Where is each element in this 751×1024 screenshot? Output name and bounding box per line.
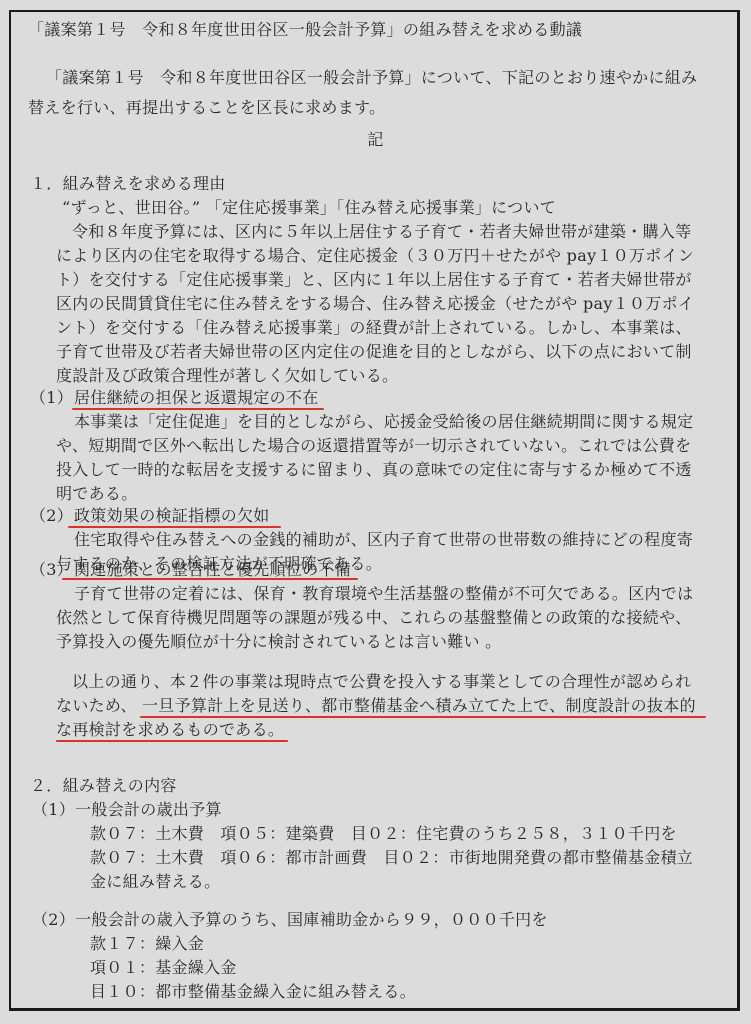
point1-body-line: 本事業は「定住促進」を目的としながら、応援金受給後の居住継続期間に関する規定 (74, 412, 693, 432)
intro-line-1: 「議案第１号 令和８年度世田谷区一般会計予算」について、下記のとおり速やかに組み (46, 68, 697, 88)
section2-item1-title: （1）一般会計の歳出予算 (32, 800, 222, 820)
point2-title: 政策効果の検証指標の欠如 (74, 506, 270, 526)
point3-body-line: 依然として保育待機児問題等の課題が残る中、これらの基盤整備との政策的な接続や、 (56, 608, 691, 628)
conclusion-underline-1 (140, 716, 706, 718)
point1-title: 居住継続の担保と返還規定の不在 (74, 388, 319, 408)
section1-body-line: 度設計及び政策合理性が著しく欠如している。 (56, 366, 398, 386)
section2-item2-line: 款１７：繰入金 (90, 934, 204, 954)
point3-body-line: 子育て世帯の定着には、保育・教育環境や生活基盤の整備が不可欠である。区内では (74, 584, 693, 604)
section1-body-line: ント）を交付する「住み替え応援事業」の経費が計上されている。しかし、本事業は、 (56, 318, 692, 338)
conclusion-underline-2 (56, 740, 288, 742)
section1-body-line: により区内の住宅を取得する場合、定住応援金（３０万円＋せたがや pay１０万ポイ… (56, 246, 694, 266)
section2-heading: ２．組み替えの内容 (30, 776, 177, 796)
section2-item2-line: 目１０：都市整備基金繰入金に組み替える。 (90, 982, 416, 1002)
conclusion-line-2a: ないため、 (56, 696, 137, 716)
point1-body-line: や、短期間で区外へ転出した場合の返還措置等が一切示されていない。これでは公費を (56, 436, 691, 456)
section1-body-line: 令和８年度予算には、区内に５年以上居住する子育て・若者夫婦世帯が建築・購入等 (72, 222, 691, 242)
section2-item2-title: （2）一般会計の歳入予算のうち、国庫補助金から９９，０００千円を (32, 910, 548, 930)
point2-number: （2） (30, 506, 73, 526)
section2-item1-line: 款０７：土木費 項０６：都市計画費 目０２：市街地開発費の都市整備基金積立 (90, 848, 693, 868)
section1-body-line: 区内の民間賃貸住宅に住み替えをする場合、住み替え応援金（せたがや pay１０万ポ… (56, 294, 694, 314)
conclusion-line-1: 以上の通り、本２件の事業は現時点で公費を投入する事業としての合理性が認められ (72, 672, 691, 692)
section1-subject: “ずっと、世田谷。” 「定住応援事業」「住み替え応援事業」について (62, 198, 556, 218)
point1-body-line: 明である。 (56, 484, 138, 504)
point3-number: （3） (30, 560, 73, 580)
point2-body-line: 住宅取得や住み替えへの金銭的補助が、区内子育て世帯の世帯数の維持にどの程度寄 (74, 530, 693, 550)
ki-heading: 記 (0, 130, 751, 150)
point3-underline (62, 578, 358, 580)
section2-item1-line: 款０７：土木費 項０５：建築費 目０２：住宅費のうち２５８，３１０千円を (90, 824, 677, 844)
section1-heading: １．組み替えを求める理由 (30, 174, 226, 194)
point1-body-line: 投入して一時的な転居を支援するに留まり、真の意味での定住に寄与するか極めて不透 (56, 460, 692, 480)
conclusion-line-2b: 一旦予算計上を見送り、都市整備基金へ積み立てた上で、制度設計の抜本的 (142, 696, 696, 716)
conclusion-line-3: な再検討を求めるものである。 (56, 720, 284, 740)
point1-underline (72, 408, 324, 410)
section2-item2-line: 項０１：基金繰入金 (90, 958, 237, 978)
section1-body-line: 子育て世帯及び若者夫婦世帯の区内定住の促進を目的としながら、以下の点において制 (56, 342, 692, 362)
point1-number: （1） (30, 388, 73, 408)
section1-body-line: ト）を交付する「定住応援事業」と、区内に１年以上居住する子育て・若者夫婦世帯が (56, 270, 692, 290)
intro-line-2: 替えを行い、再提出することを区長に求めます。 (28, 98, 385, 118)
point3-body-line: 予算投入の優先順位が十分に検討されているとは言い難い 。 (56, 632, 502, 652)
point3-title: 関連施策との整合性と優先順位の不備 (74, 560, 351, 580)
section2-item1-line: 金に組み替える。 (90, 872, 220, 892)
document-title: 「議案第１号 令和８年度世田谷区一般会計予算」の組み替えを求める動議 (28, 20, 582, 40)
point2-underline (68, 526, 281, 528)
